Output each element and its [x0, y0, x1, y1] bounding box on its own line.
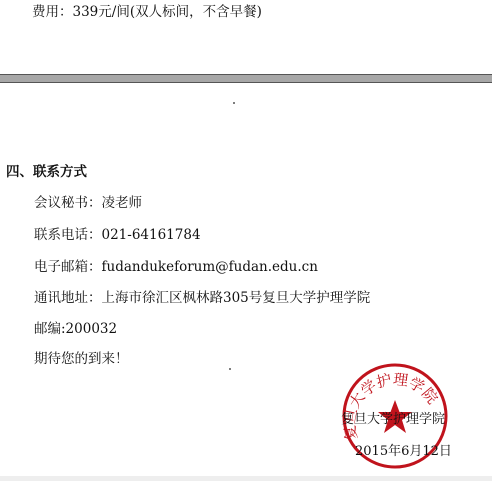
page-break-band	[0, 74, 492, 83]
phone-line: 联系电话：021-64161784	[34, 223, 201, 243]
scan-speck	[233, 102, 235, 104]
section-heading-contact: 四、联系方式	[6, 160, 87, 180]
address-line: 通讯地址：上海市徐汇区枫林路305号复旦大学护理学院	[34, 286, 370, 306]
signature-date: 2015年6月12日	[355, 440, 452, 459]
secretary-line: 会议秘书：凌老师	[34, 191, 142, 211]
page-bottom-edge	[0, 476, 492, 481]
email-line: 电子邮箱：fudandukeforum@fudan.edu.cn	[34, 255, 318, 275]
postcode-line: 邮编:200032	[34, 317, 117, 337]
fee-line: 费用：339元/间(双人标间，不含早餐)	[32, 0, 262, 20]
closing-line: 期待您的到来！	[34, 347, 129, 367]
scan-speck	[229, 368, 231, 370]
signature-organization: 复旦大学护理学院	[341, 408, 445, 427]
